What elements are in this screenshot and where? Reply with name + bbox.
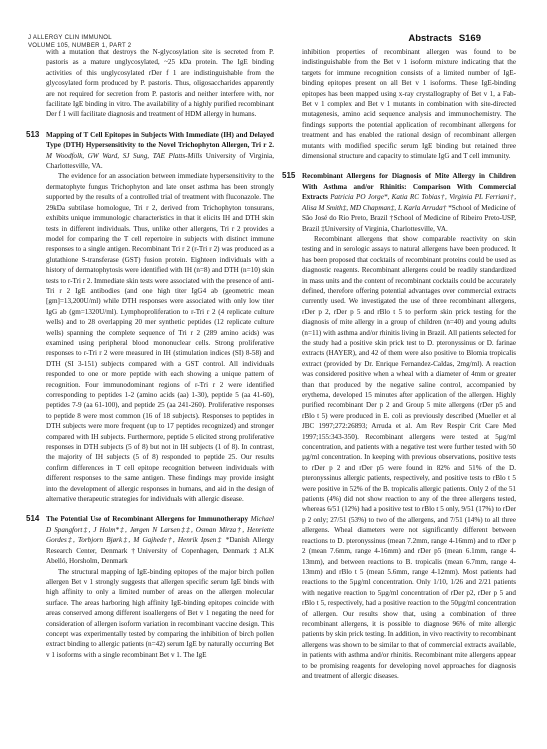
abstract-heading: The Potential Use of Recombinant Allerge… [46, 514, 274, 566]
abstract-number: 514 [26, 514, 39, 524]
abstract-title: The Potential Use of Recombinant Allerge… [46, 515, 248, 523]
abstract-number: 515 [282, 171, 295, 181]
journal-name: J ALLERGY CLIN IMMUNOL [28, 34, 131, 42]
section-name: Abstracts [408, 33, 452, 44]
page-number: S169 [459, 33, 481, 44]
abstract-body: The structural mapping of IgE-binding ep… [46, 567, 274, 661]
page-label: Abstracts S169 [408, 33, 481, 44]
abstract-number: 513 [26, 130, 39, 140]
abstract-heading: Mapping of T Cell Epitopes in Subjects W… [46, 130, 274, 172]
abstract-515: 515 Recombinant Allergens for Diagnosis … [302, 171, 516, 681]
continuation-text: with a mutation that destroys the N-glyc… [46, 47, 274, 120]
abstract-514: 514 The Potential Use of Recombinant All… [46, 514, 274, 660]
abstract-513: 513 Mapping of T Cell Epitopes in Subjec… [46, 130, 274, 505]
abstract-body: Recombinant allergens that show comparab… [302, 234, 516, 681]
abstract-heading: Recombinant Allergens for Diagnosis of M… [302, 171, 516, 233]
right-column: inhibition properties of recombinant all… [302, 47, 516, 681]
abstract-title: Mapping of T Cell Epitopes in Subjects W… [46, 131, 274, 149]
continuation-text: inhibition properties of recombinant all… [302, 47, 516, 161]
abstract-authors: M Woodfolk, GW Ward, SJ Sung, TAE Platts… [46, 152, 202, 160]
left-column: with a mutation that destroys the N-glyc… [46, 47, 274, 660]
abstract-body: The evidence for an association between … [46, 171, 274, 504]
